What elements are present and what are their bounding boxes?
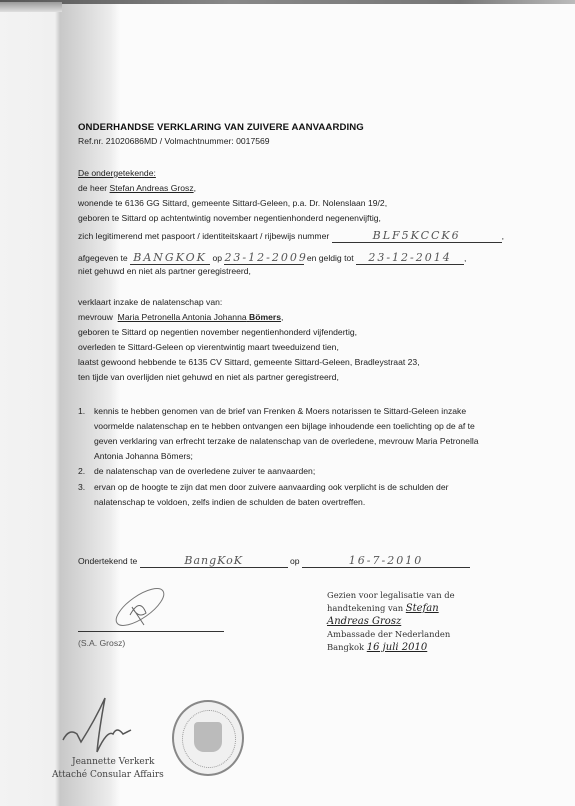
clause-2-line-1: de nalatenschap van de overledene zuiver… [94,466,315,477]
deceased-born: geboren te Sittard op negentien november… [78,327,357,338]
clause-3-line-1: ervan op de hoogte te zijn dat men door … [94,482,448,493]
legalisation-name-2: Andreas Grosz [327,616,401,627]
scan-shadow [0,0,120,806]
valid-until-handwritten: 23-12-2014 [356,252,464,265]
deceased-given-names: Maria Petronella Antonia Johanna [118,312,247,322]
deceased-line: mevrouw Maria Petronella Antonia Johanna… [78,312,283,323]
person-issued-line: afgegeven te BANGKOK op 23-12-2009 en ge… [78,252,466,265]
issued-on-handwritten: 23-12-2009 [224,252,304,265]
id-text: zich legitimerend met paspoort / identit… [78,231,329,241]
deceased-prefix: mevrouw [78,312,113,322]
signed-line: Ondertekend te BangKoK op 16-7-2010 [78,555,470,568]
declares-label: verklaart inzake de nalatenschap van: [78,297,222,308]
valid-until-label: en geldig tot [307,253,354,263]
signed-at-handwritten: BangKoK [140,555,288,568]
undersigned-label: De ondergetekende: [78,168,156,179]
clause-3-number: 3. [78,482,85,492]
legalisation-line-2: handtekening van Stefan [327,602,455,615]
legalisation-stamp: Gezien voor legalisatie van de handteken… [327,589,455,654]
legalisation-name-1: Stefan [406,603,439,614]
scan-edge [0,0,575,4]
person-prefix: de heer [78,183,107,193]
clause-1-number: 1. [78,406,85,416]
signature-grosz [100,585,180,635]
legalisation-line-4: Ambassade der Nederlanden [327,628,455,641]
deceased-address: laatst gewoond hebbende te 6135 CV Sitta… [78,357,420,368]
consular-name: Jeannette Verkerk [72,757,154,767]
embassy-seal [172,700,244,776]
person-born: geboren te Sittard op achtentwintig nove… [78,213,381,224]
scan-corner [0,2,62,12]
legalisation-line-1: Gezien voor legalisatie van de [327,589,455,602]
deceased-died: overleden te Sittard-Geleen op vierentwi… [78,342,339,353]
signatory-name: (S.A. Grosz) [78,638,125,649]
legalisation-line-5: Bangkok 16 juli 2010 [327,641,455,654]
clause-3-line-2: nalatenschap te voldoen, zelfs indien de… [94,497,365,508]
person-id-line: zich legitimerend met paspoort / identit… [78,230,504,243]
deceased-surname: Bömers [249,312,281,322]
clause-1-line-3: geven verklaring van erfrecht terzake de… [94,436,479,447]
coat-of-arms-icon [194,722,222,752]
legalisation-label: handtekening van [327,603,403,613]
person-address: wonende te 6136 GG Sittard, gemeente Sit… [78,198,387,209]
deceased-name: Maria Petronella Antonia Johanna Bömers [118,312,281,322]
clause-1-line-1: kennis te hebben genomen van de brief va… [94,406,466,417]
clause-1-line-2: voormelde nalatenschap en te hebben ontv… [94,421,475,432]
deceased-status: ten tijde van overlijden niet gehuwd en … [78,372,339,383]
issued-at-handwritten: BANGKOK [130,252,210,265]
legalisation-place: Bangkok [327,642,364,652]
document-title: ONDERHANDSE VERKLARING VAN ZUIVERE AANVA… [78,122,364,133]
person-line: de heer Stefan Andreas Grosz, [78,183,196,194]
signed-on-handwritten: 16-7-2010 [302,555,470,568]
reference-number: Ref.nr. 21020686MD / Volmachtnummer: 001… [78,136,270,147]
issued-on-label: op [212,253,222,263]
clause-2-number: 2. [78,466,85,476]
person-name: Stefan Andreas Grosz [110,183,194,193]
signed-on-label: op [290,556,300,566]
clause-1-line-4: Antonia Johanna Bömers; [94,451,193,462]
consular-title: Attaché Consular Affairs [52,770,164,780]
signature-line [78,631,224,632]
legalisation-date: 16 juli 2010 [367,642,427,653]
legalisation-line-3: Andreas Grosz [327,615,455,628]
signed-at-label: Ondertekend te [78,556,137,566]
person-status: niet gehuwd en niet als partner geregist… [78,266,251,277]
id-number-handwritten: BLF5KCCK6 [332,230,502,243]
issued-at-label: afgegeven te [78,253,128,263]
